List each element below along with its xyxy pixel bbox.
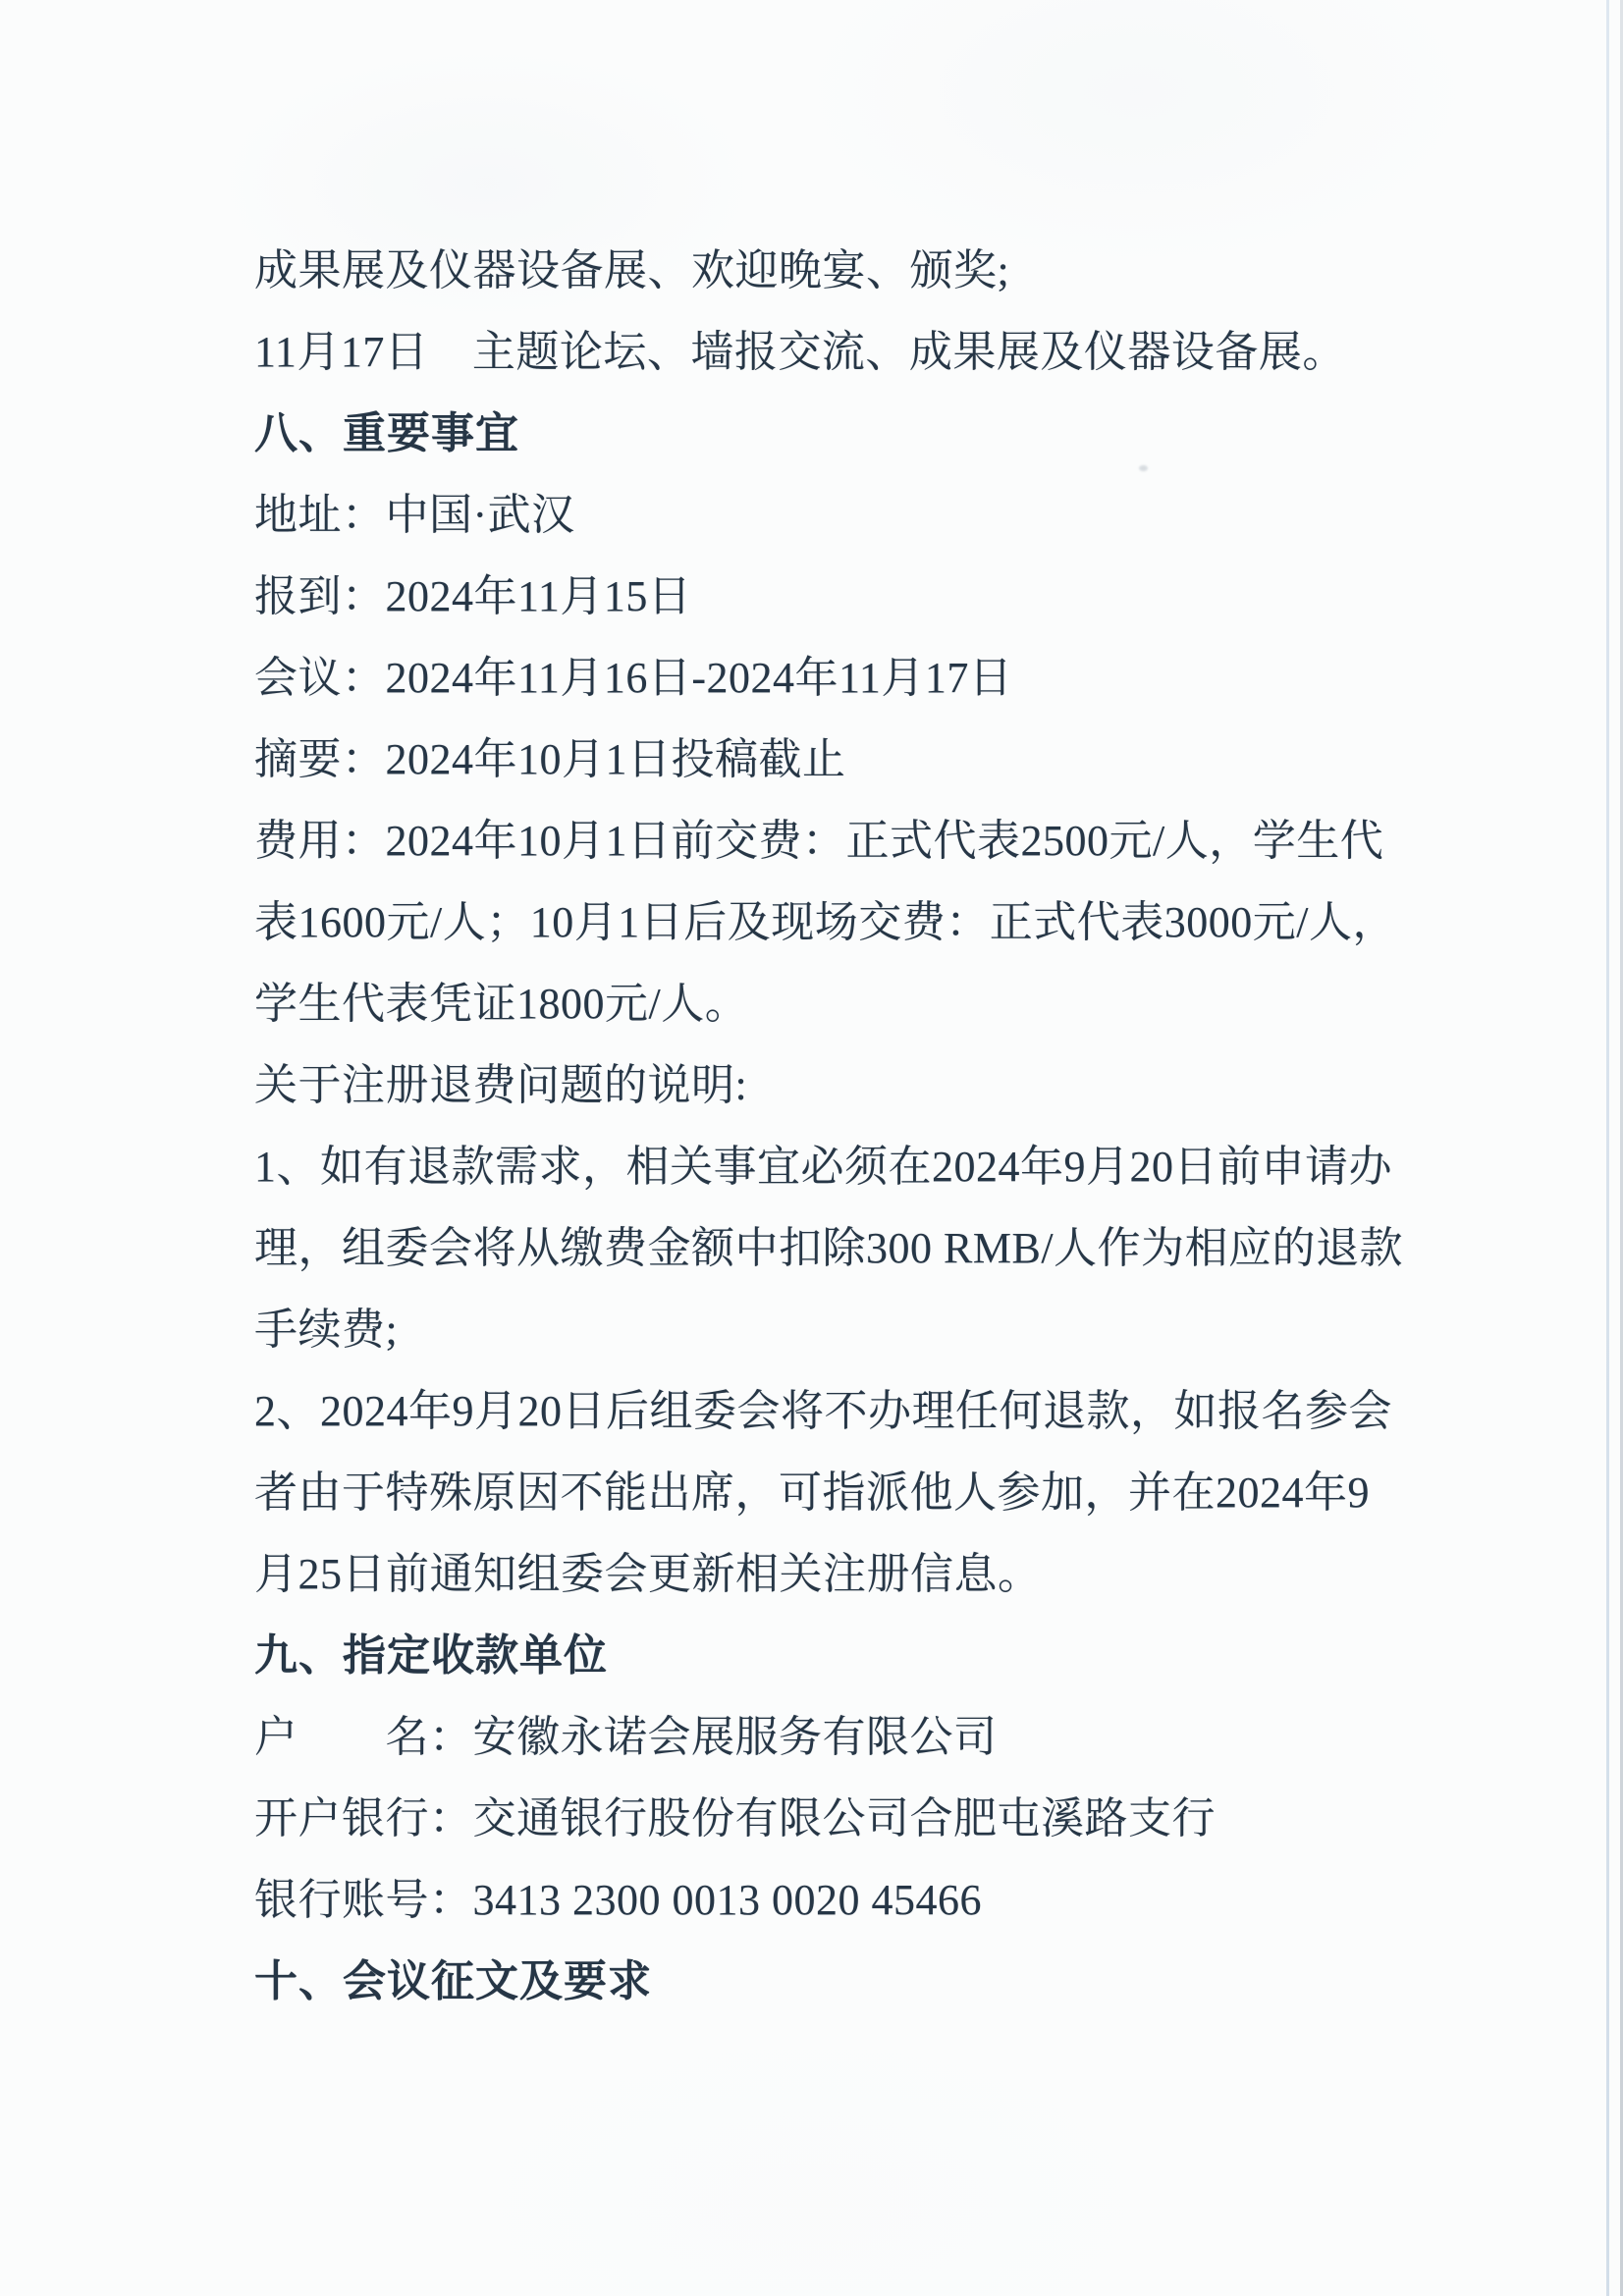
text-line: 表1600元/人；10月1日后及现场交费：正式代表3000元/人， (254, 881, 1334, 963)
text-line: 学生代表凭证1800元/人。 (254, 963, 1334, 1044)
text-line: 者由于特殊原因不能出席，可指派他人参加，并在2024年9 (254, 1452, 1334, 1533)
scan-speck (1139, 465, 1148, 471)
text-line-checkin: 报到：2024年11月15日 (254, 556, 1334, 637)
section-heading-10: 十、会议征文及要求 (254, 1941, 1334, 2022)
text-line-address: 地址：中国·武汉 (254, 474, 1334, 556)
text-line-bank-account: 银行账号：3413 2300 0013 0020 45466 (254, 1859, 1334, 1941)
text-line-account-name: 户 名：安徽永诺会展服务有限公司 (254, 1696, 1334, 1778)
text-line: 月25日前通知组委会更新相关注册信息。 (254, 1533, 1334, 1615)
text-line-meeting: 会议：2024年11月16日-2024年11月17日 (254, 637, 1334, 719)
scanned-document-page: 成果展及仪器设备展、欢迎晚宴、颁奖; 11月17日 主题论坛、墙报交流、成果展及… (0, 0, 1623, 2296)
text-line: 理，组委会将从缴费金额中扣除300 RMB/人作为相应的退款 (254, 1207, 1334, 1289)
text-line-fee: 费用：2024年10月1日前交费：正式代表2500元/人，学生代 (254, 800, 1334, 881)
section-heading-9: 九、指定收款单位 (254, 1615, 1334, 1696)
text-line: 手续费; (254, 1289, 1334, 1370)
section-heading-8: 八、重要事宜 (254, 393, 1334, 474)
text-line-refund-note: 关于注册退费问题的说明: (254, 1044, 1334, 1126)
text-line: 11月17日 主题论坛、墙报交流、成果展及仪器设备展。 (254, 311, 1334, 393)
text-line: 1、如有退款需求，相关事宜必须在2024年9月20日前申请办 (254, 1126, 1334, 1207)
text-line-abstract: 摘要：2024年10月1日投稿截止 (254, 719, 1334, 800)
text-line-bank-name: 开户银行：交通银行股份有限公司合肥屯溪路支行 (254, 1778, 1334, 1859)
document-text-block: 成果展及仪器设备展、欢迎晚宴、颁奖; 11月17日 主题论坛、墙报交流、成果展及… (254, 230, 1334, 2022)
text-line: 成果展及仪器设备展、欢迎晚宴、颁奖; (254, 230, 1334, 311)
text-line: 2、2024年9月20日后组委会将不办理任何退款，如报名参会 (254, 1370, 1334, 1452)
scan-edge-line (1606, 0, 1609, 2296)
